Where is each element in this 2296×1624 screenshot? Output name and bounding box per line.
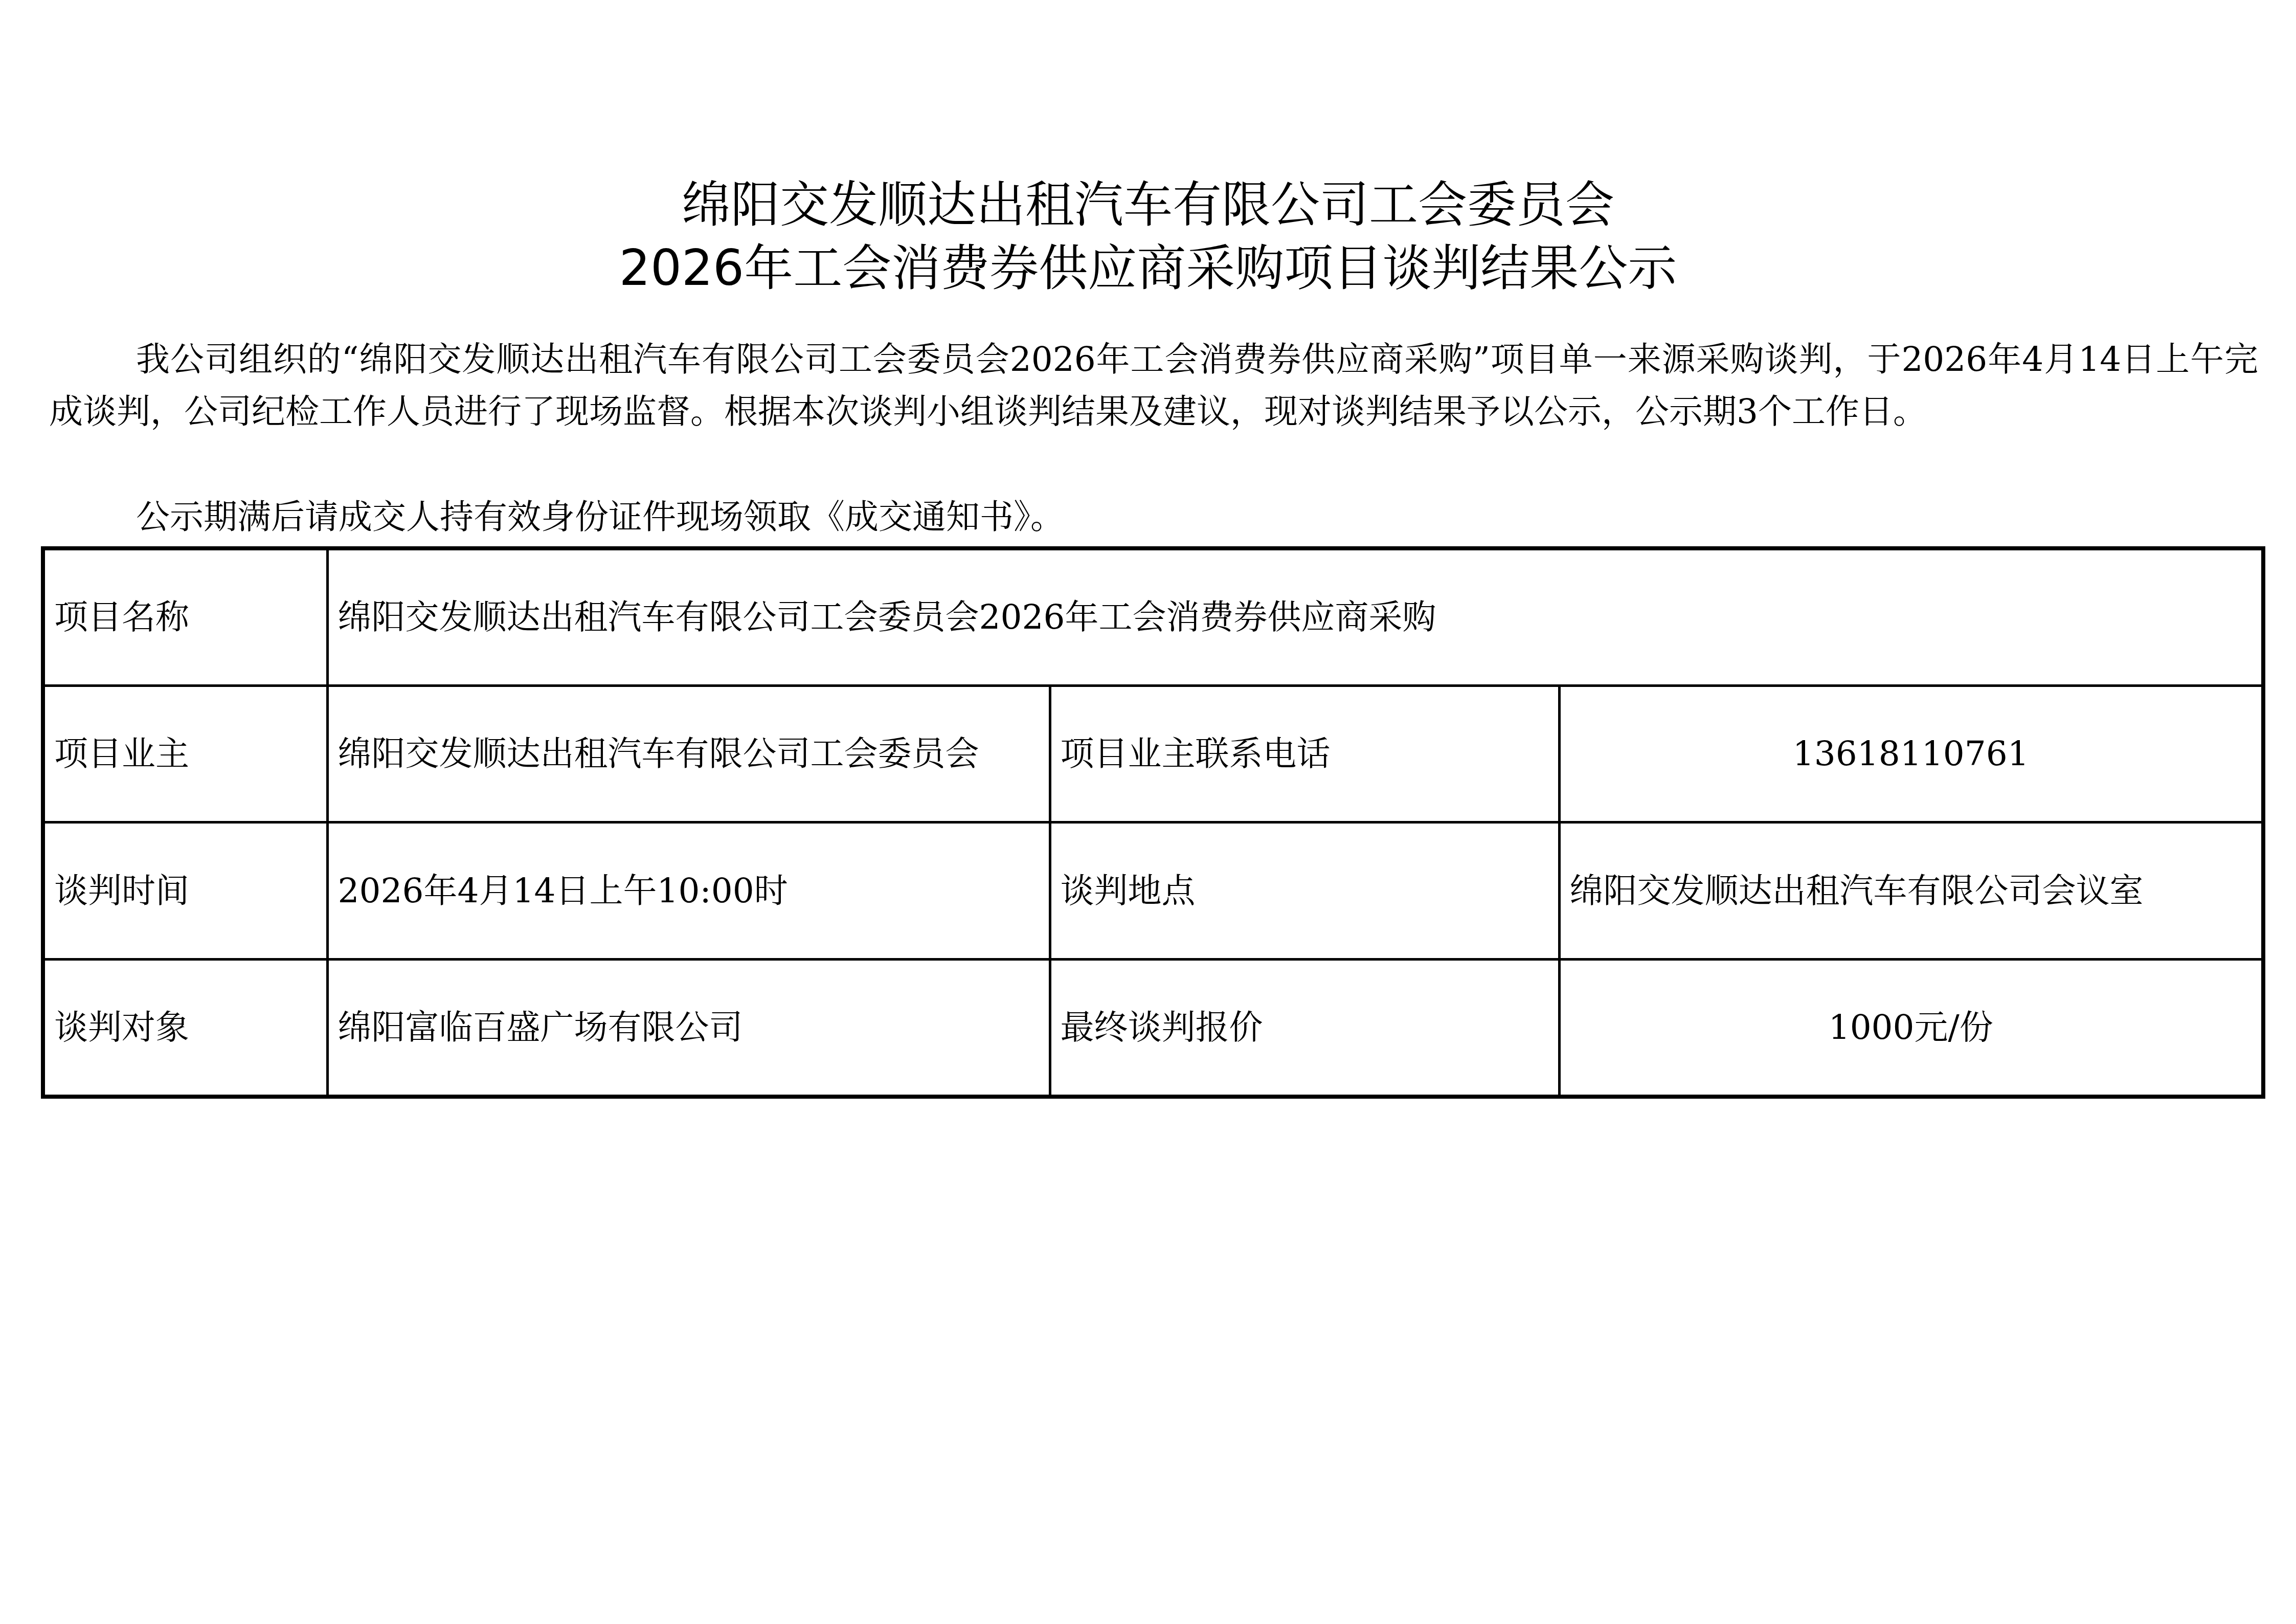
owner-phone-label: 项目业主联系电话 (1050, 686, 1559, 822)
document-page: 绵阳交发顺达出租汽车有限公司工会委员会 2026年工会消费券供应商采购项目谈判结… (0, 0, 2296, 1624)
project-owner-value: 绵阳交发顺达出租汽车有限公司工会委员会 (327, 686, 1050, 822)
final-quote-value: 1000元/份 (1559, 959, 2263, 1097)
negotiation-time-label: 谈判时间 (43, 822, 327, 959)
document-title-line-1: 绵阳交发顺达出租汽车有限公司工会委员会 (0, 173, 2296, 236)
document-title-line-2: 2026年工会消费券供应商采购项目谈判结果公示 (0, 236, 2296, 300)
pickup-notice-paragraph: 公示期满后请成交人持有效身份证件现场领取《成交通知书》。 (49, 491, 2258, 543)
negotiation-location-label: 谈判地点 (1050, 822, 1559, 959)
announcement-paragraph: 我公司组织的“绵阳交发顺达出租汽车有限公司工会委员会2026年工会消费券供应商采… (49, 333, 2258, 438)
project-name-label: 项目名称 (43, 548, 327, 686)
project-owner-label: 项目业主 (43, 686, 327, 822)
negotiation-party-value: 绵阳富临百盛广场有限公司 (327, 959, 1050, 1097)
owner-phone-value: 13618110761 (1559, 686, 2263, 822)
final-quote-label: 最终谈判报价 (1050, 959, 1559, 1097)
negotiation-time-value: 2026年4月14日上午10:00时 (327, 822, 1050, 959)
project-name-value: 绵阳交发顺达出租汽车有限公司工会委员会2026年工会消费券供应商采购 (327, 548, 2263, 686)
negotiation-location-value: 绵阳交发顺达出租汽车有限公司会议室 (1559, 822, 2263, 959)
table-row-project-owner: 项目业主 绵阳交发顺达出租汽车有限公司工会委员会 项目业主联系电话 136181… (43, 686, 2263, 822)
table-row-negotiation-party: 谈判对象 绵阳富临百盛广场有限公司 最终谈判报价 1000元/份 (43, 959, 2263, 1097)
negotiation-result-table: 项目名称 绵阳交发顺达出租汽车有限公司工会委员会2026年工会消费券供应商采购 … (41, 546, 2265, 1099)
negotiation-party-label: 谈判对象 (43, 959, 327, 1097)
table-row-project-name: 项目名称 绵阳交发顺达出租汽车有限公司工会委员会2026年工会消费券供应商采购 (43, 548, 2263, 686)
table-row-negotiation-time: 谈判时间 2026年4月14日上午10:00时 谈判地点 绵阳交发顺达出租汽车有… (43, 822, 2263, 959)
